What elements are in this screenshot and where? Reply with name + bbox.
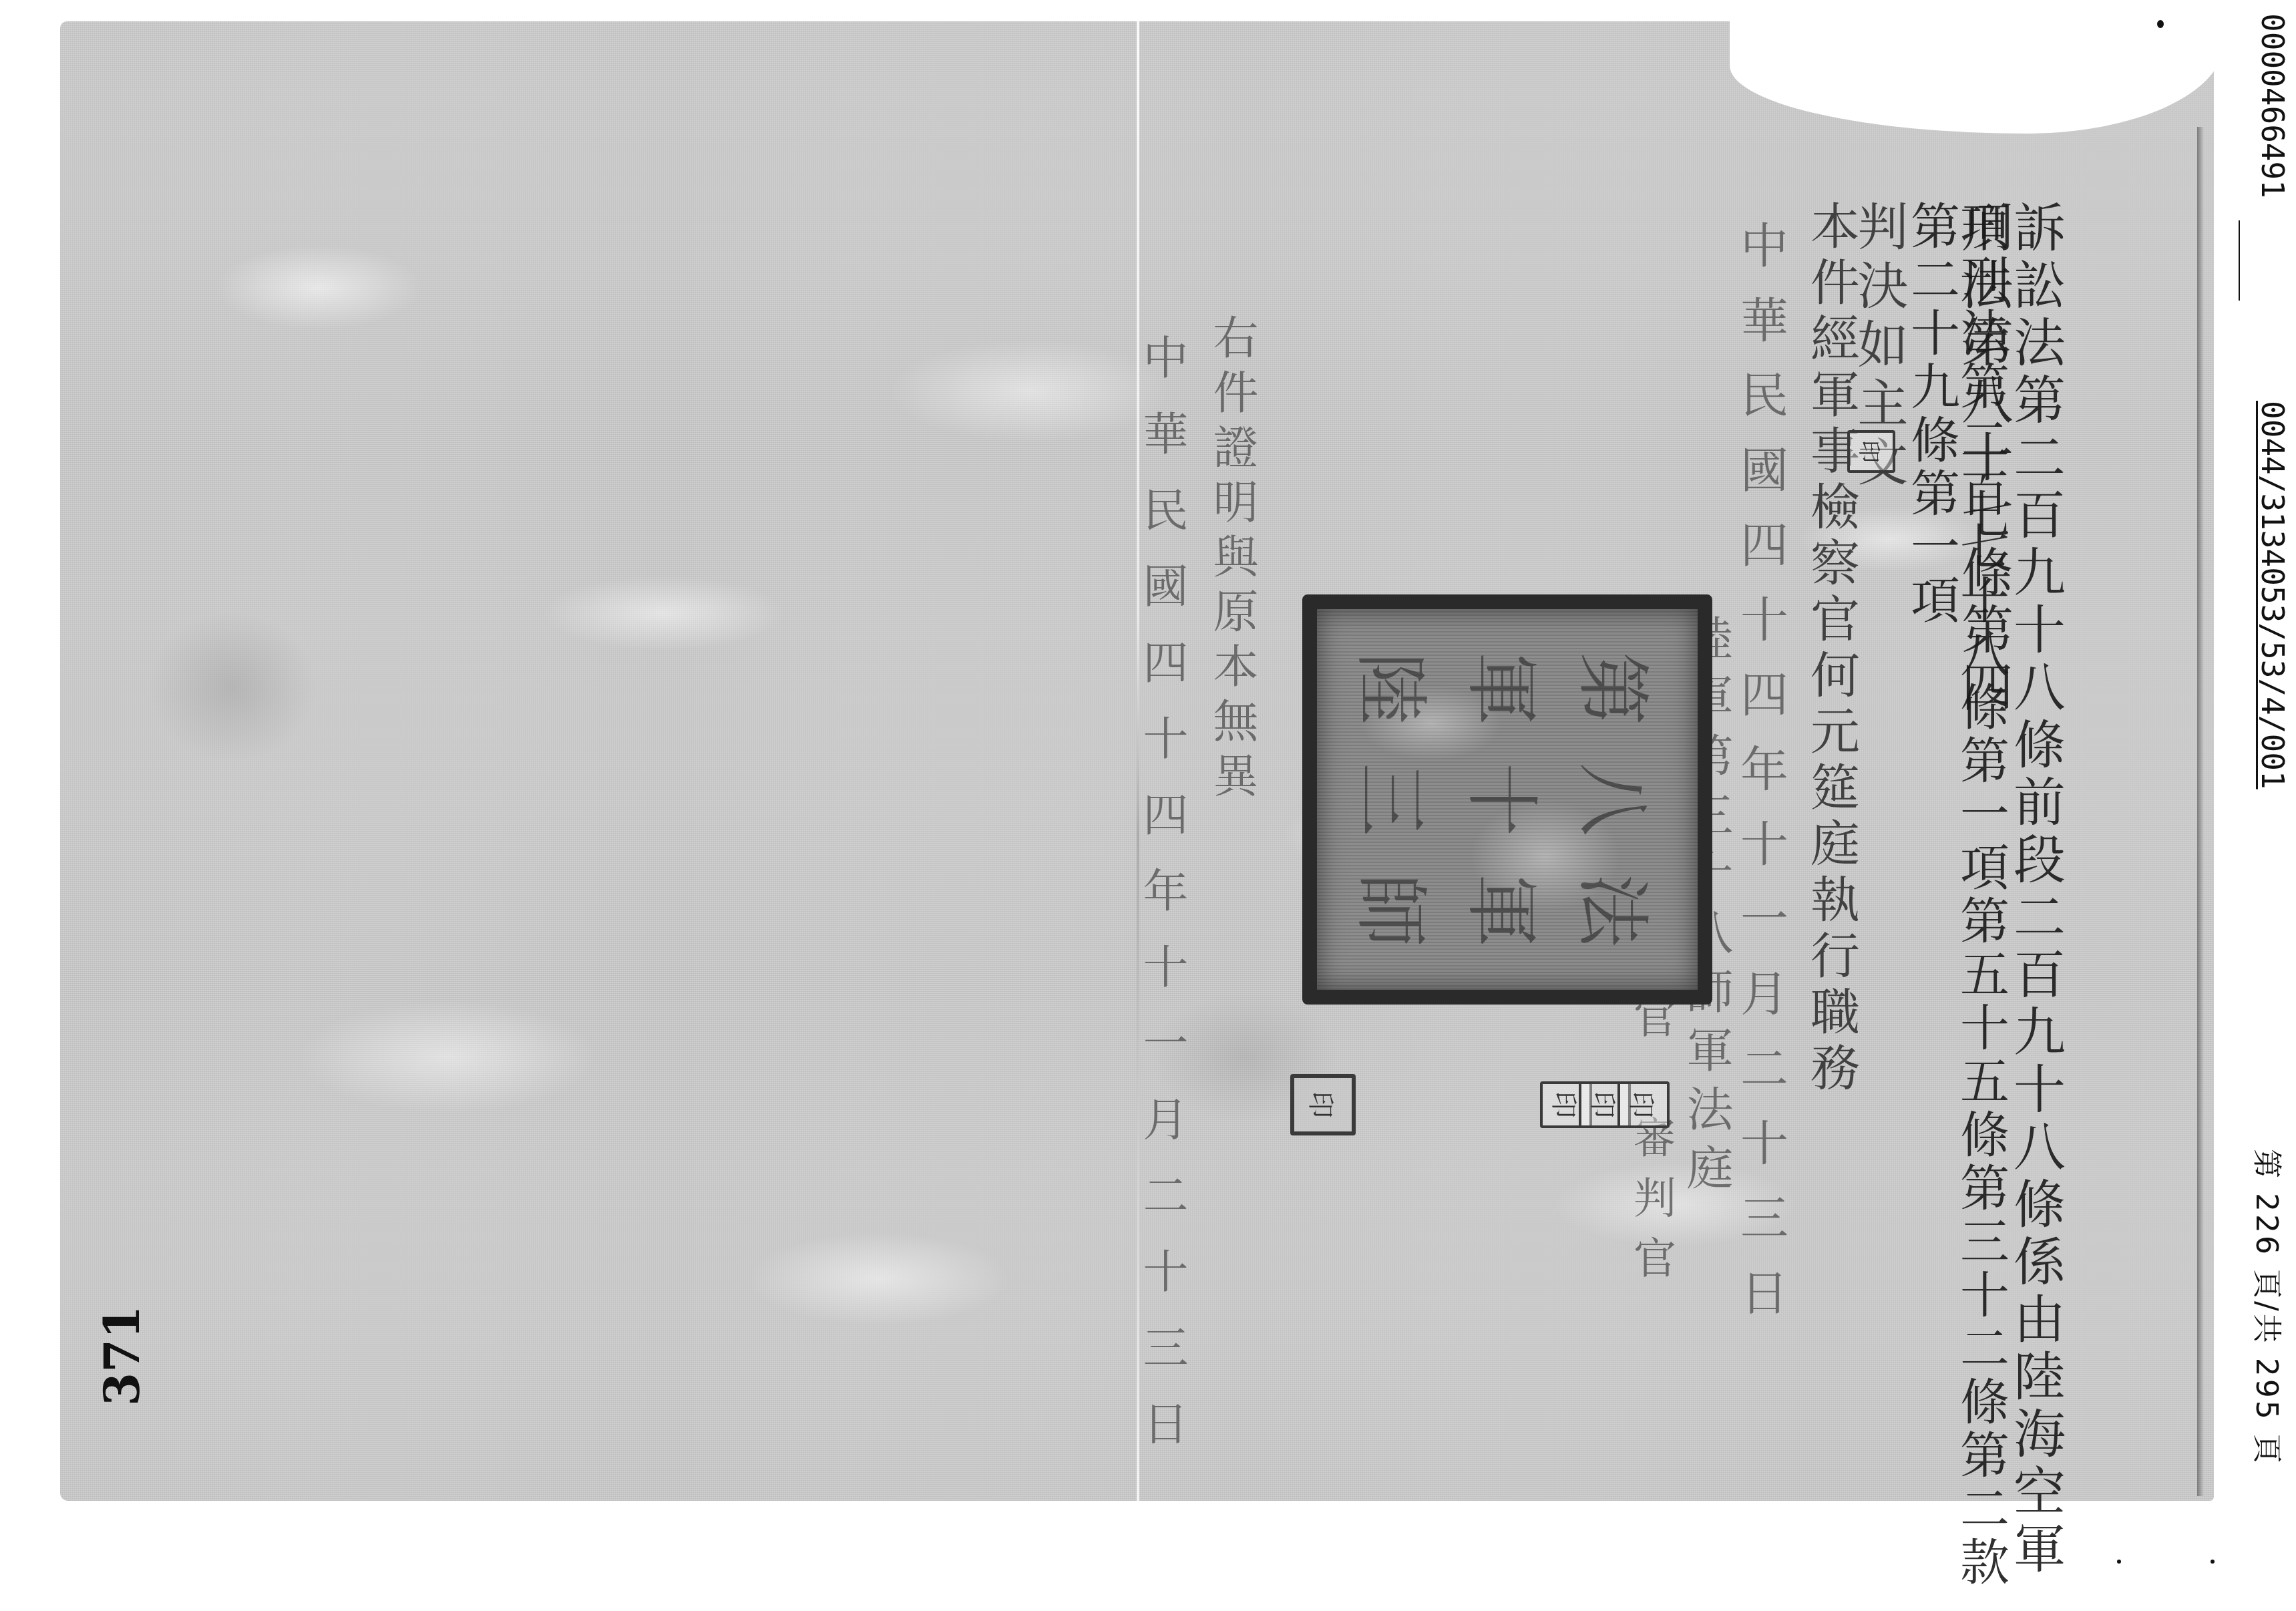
seal-glyph: 三 [1344, 747, 1449, 852]
scan-speck [2157, 20, 2164, 28]
text-column-certification-date: 中華民國四十四年十一月二十三日 [1139, 334, 1184, 1476]
judge-seal-stamp: 印 [1617, 1081, 1670, 1128]
paper-right-edge [2197, 127, 2204, 1496]
seal-glyph: 第 [1565, 636, 1671, 741]
text-column-2: 項刑法第二百七十八條第一項第五十五條第三十二條第二款第二十九條第一項 [1907, 200, 2005, 1611]
correction-seal-stamp: 印 [1847, 430, 1895, 473]
margin-divider [2239, 220, 2240, 301]
seal-glyph: 陸 [1344, 636, 1449, 741]
seal-glyph: 軍 [1455, 858, 1560, 963]
text-column-4: 本件經軍事檢察官何元筵庭執行職務 [1806, 200, 1856, 1098]
scan-speck [2211, 1560, 2215, 1564]
text-column-certification: 右件證明與原本無異 [1209, 314, 1254, 807]
archive-id-label: 0000466491 [2255, 13, 2291, 198]
official-square-seal: 陸 軍 第 三 十 八 師 軍 法 [1302, 594, 1712, 1005]
seal-glyph: 八 [1565, 747, 1671, 852]
seal-glyph: 軍 [1455, 636, 1560, 741]
seal-glyph: 法 [1565, 858, 1671, 963]
seal-glyph: 十 [1455, 747, 1560, 852]
folio-number: 371 [93, 1306, 150, 1406]
scan-speck [2117, 1560, 2121, 1564]
text-column-date: 中華民國四十四年十一月二十三日 [1736, 220, 1784, 1342]
seal-glyph: 師 [1344, 858, 1449, 963]
archive-reference-label: 0044/3134053/53/4/001 [2255, 401, 2291, 789]
clerk-seal-stamp: 印 [1290, 1074, 1356, 1135]
page-counter: 第 226 頁/共 295 頁 [2248, 1149, 2291, 1466]
